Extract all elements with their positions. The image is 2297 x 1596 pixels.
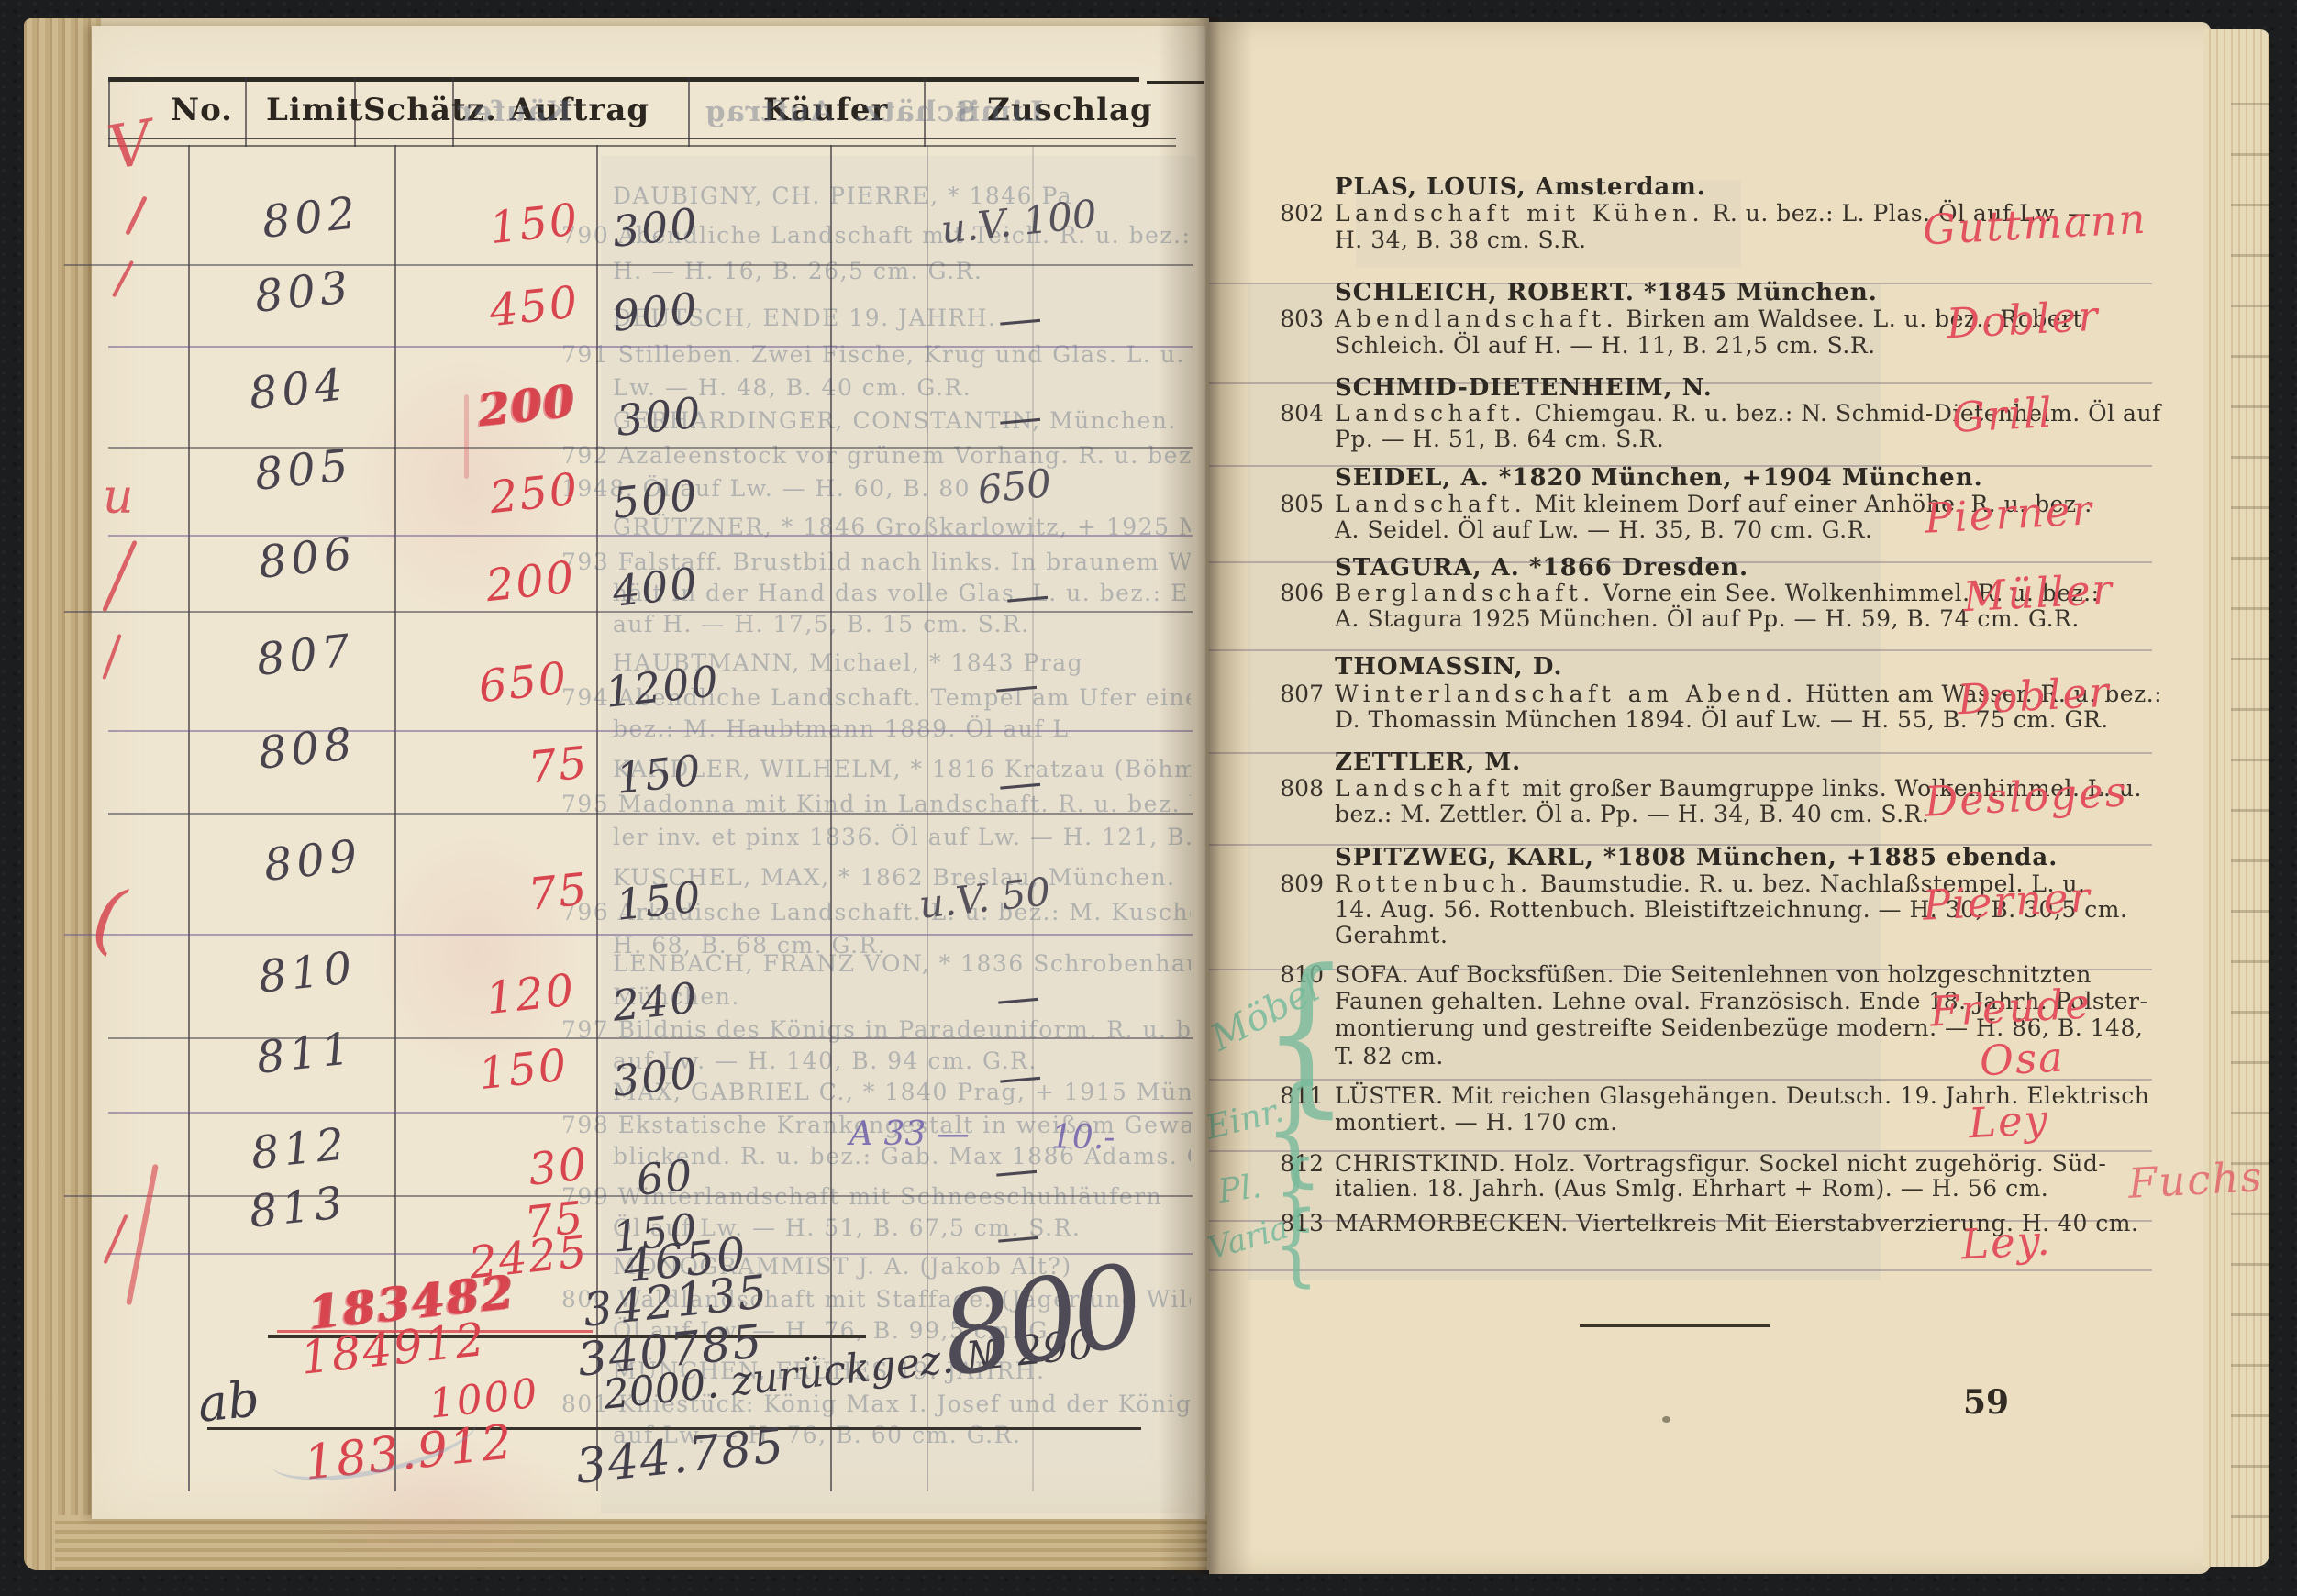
hammer-dash-804: — bbox=[996, 391, 1045, 446]
row-separator bbox=[108, 1112, 1193, 1114]
auction-catalog-scan: DAUBIGNY, CH. PIERRE, * 1846 Pa790 Abend… bbox=[0, 0, 2297, 1596]
entry-line-802: H. 34, B. 38 cm. S.R. bbox=[1335, 227, 1586, 253]
bleedthrough-line: LENBACH, FRANZ VON, * 1836 Schrobenhause… bbox=[613, 950, 1191, 977]
row-separator bbox=[108, 346, 1193, 348]
buyer-annotation-804: Grill bbox=[1951, 388, 2055, 442]
category-brace-813: { bbox=[1273, 1193, 1319, 1297]
lot-number-806: 806 bbox=[1271, 580, 1324, 606]
estimate-value-804: 300 bbox=[614, 387, 705, 446]
buyer-annotation-806: Müller bbox=[1962, 565, 2115, 622]
entry-title-807: Winterlandschaft am Abend. bbox=[1335, 681, 1798, 707]
buyer-annotation-810: Freude bbox=[1929, 979, 2092, 1036]
buyer-annotation-809: Pierner bbox=[1922, 872, 2092, 930]
table-top-rule bbox=[108, 77, 1139, 82]
entry-title-802: Landschaft mit Kühen. bbox=[1335, 200, 1704, 227]
header-bottom-rule2 bbox=[108, 145, 1176, 147]
hammer-dash-810: — bbox=[994, 970, 1043, 1025]
lot-number-809: 809 bbox=[1271, 870, 1324, 897]
bleedthrough-line: auf H. — H. 17,5, B. 15 cm. S.R. bbox=[613, 611, 1191, 637]
buyer-annotation-805: Pierner bbox=[1924, 485, 2094, 543]
hammer-dash-813: — bbox=[994, 1209, 1043, 1264]
artist-line-807: THOMASSIN, D. bbox=[1335, 653, 1563, 681]
lot-number-804: 804 bbox=[1271, 400, 1324, 427]
hammer-dash-807: — bbox=[993, 659, 1041, 714]
buyer-annotation-807: Dobler bbox=[1957, 668, 2112, 725]
estimate-value-813: 150 bbox=[610, 1203, 701, 1262]
row-separator bbox=[64, 264, 1193, 266]
entry-line-804: Pp. — H. 51, B. 64 cm. S.R. bbox=[1335, 426, 1664, 452]
lot-number-805: 805 bbox=[252, 439, 355, 501]
hammer-dash-808: — bbox=[996, 756, 1045, 811]
artist-line-803: SCHLEICH, ROBERT. *1845 München. bbox=[1335, 279, 1878, 306]
red-mark-u: u bbox=[103, 470, 134, 525]
entry-title-806: Berglandschaft. bbox=[1335, 580, 1595, 606]
hammer-dash-803: — bbox=[996, 292, 1045, 347]
deduct-label: ab bbox=[195, 1369, 262, 1434]
estimate-value-810: 240 bbox=[610, 972, 701, 1031]
lot-number-804: 804 bbox=[247, 359, 350, 420]
artist-line-805: SEIDEL, A. *1820 München, +1904 München. bbox=[1335, 464, 1983, 492]
entry-title-805: Landschaft. bbox=[1335, 491, 1526, 517]
artist-line-808: ZETTLER, M. bbox=[1335, 748, 1521, 776]
entry-line-812: CHRISTKIND. Holz. Vortragsfigur. Sockel … bbox=[1335, 1150, 2106, 1177]
bleedthrough-line: H. — H. 16, B. 26,5 cm. G.R. bbox=[613, 258, 1191, 284]
lot-number-802: 802 bbox=[1271, 200, 1324, 227]
entry-title-804: Landschaft. bbox=[1335, 400, 1526, 427]
lot-number-807: 807 bbox=[254, 625, 357, 686]
lot-number-812: 812 bbox=[249, 1118, 351, 1180]
entry-line-803: Schleich. Öl auf H. — H. 11, B. 21,5 cm.… bbox=[1335, 332, 1876, 359]
auftrag-note-812: A 33 — bbox=[849, 1115, 970, 1153]
lot-number-808: 808 bbox=[1271, 775, 1324, 802]
estimate-value-805: 500 bbox=[610, 470, 701, 528]
artist-line-809: SPITZWEG, KARL, *1808 München, +1885 ebe… bbox=[1335, 844, 2058, 871]
red-bleed-stroke bbox=[464, 394, 469, 479]
ghost-header-limit: Limit bbox=[954, 95, 1043, 128]
entry-separator bbox=[1209, 1269, 2152, 1271]
paper-speck bbox=[1662, 1416, 1670, 1423]
col-header-no: No. bbox=[171, 92, 233, 128]
entry-title-813: MARMORBECKEN. bbox=[1335, 1210, 1569, 1236]
estimate-value-811: 300 bbox=[610, 1047, 701, 1106]
entry-title-812: CHRISTKIND. bbox=[1335, 1150, 1505, 1177]
bleedthrough-line: DAUBIGNY, CH. PIERRE, * 1846 Pa bbox=[613, 183, 1191, 209]
lot-number-806: 806 bbox=[256, 527, 359, 589]
buyer-annotation-813: Ley. bbox=[1960, 1215, 2053, 1269]
row-separator bbox=[108, 813, 1193, 815]
grid-vline bbox=[688, 77, 690, 147]
row-separator bbox=[64, 934, 1193, 936]
auftrag-note2-812: 10.- bbox=[1051, 1119, 1115, 1157]
entry-separator bbox=[1209, 649, 2152, 651]
artist-line-806: STAGURA, A. *1866 Dresden. bbox=[1335, 554, 1748, 582]
hammer-dash-812: — bbox=[993, 1143, 1041, 1198]
entry-title-809: Rottenbuch. bbox=[1335, 870, 1533, 897]
left-page-stack-edges bbox=[24, 18, 101, 1570]
estimate-value-808: 150 bbox=[614, 745, 705, 804]
hammer-dash-811: — bbox=[996, 1049, 1045, 1104]
entry-line-810: SOFA. Auf Bocksfüßen. Die Seitenlehnen v… bbox=[1335, 961, 2092, 988]
lot-number-805: 805 bbox=[1271, 491, 1324, 517]
entry-title-803: Abendlandschaft. bbox=[1335, 305, 1618, 332]
lot-number-813: 813 bbox=[247, 1177, 350, 1238]
page-number: 59 bbox=[1963, 1383, 2009, 1422]
bleedthrough-line: bez.: M. Haubtmann 1889. Öl auf L bbox=[613, 715, 1191, 742]
entry-line-812: italien. 18. Jahrh. (Aus Smlg. Ehrhart +… bbox=[1335, 1175, 2048, 1202]
buyer-annotation-803: Dobler bbox=[1946, 292, 2101, 349]
lot-number-808: 808 bbox=[256, 718, 359, 780]
entry-title-808: Landschaft bbox=[1335, 775, 1515, 802]
entry-line-808: bez.: M. Zettler. Öl a. Pp. — H. 34, B. … bbox=[1335, 801, 1929, 827]
lot-number-811: 811 bbox=[254, 1023, 357, 1084]
lot-number-803: 803 bbox=[1271, 305, 1324, 332]
artist-line-802: PLAS, LOUIS, Amsterdam. bbox=[1335, 173, 1706, 201]
estimate-value-802: 300 bbox=[610, 198, 701, 257]
grid-vline bbox=[245, 77, 247, 147]
entry-line-809: Gerahmt. bbox=[1335, 922, 1448, 948]
ghost-header-auftrag: Auftrag bbox=[705, 95, 832, 128]
book-gutter-shadow bbox=[1158, 17, 1253, 1574]
buyer-annotation-812: Fuchs bbox=[2127, 1152, 2265, 1208]
entry-line-811: montiert. — H. 170 cm. bbox=[1335, 1109, 1618, 1136]
lot-number-809: 809 bbox=[261, 830, 364, 892]
hammer-value-805: 650 bbox=[975, 460, 1053, 513]
fore-edge-ticks bbox=[2231, 55, 2269, 1523]
hammer-dash-806: — bbox=[1004, 569, 1052, 624]
artist-line-804: SCHMID-DIETENHEIM, N. bbox=[1335, 374, 1713, 402]
buyer-annotation2-810: Osa bbox=[1979, 1033, 2066, 1086]
left-page-bottom-edges bbox=[55, 1515, 1207, 1570]
estimate-value-812: 60 bbox=[634, 1150, 696, 1205]
lot-number-803: 803 bbox=[252, 261, 355, 323]
buyer-annotation-811: Ley bbox=[1968, 1095, 2051, 1148]
estimate-value-806: 400 bbox=[610, 558, 701, 616]
estimate-value-809: 150 bbox=[614, 871, 705, 930]
col-header-limit: Limit bbox=[266, 92, 363, 128]
ghost-header-kaeufer: Käufer bbox=[457, 95, 571, 128]
lot-number-802: 802 bbox=[260, 187, 362, 249]
entry-title-811: LÜSTER. bbox=[1335, 1082, 1444, 1109]
entry-line-810: T. 82 cm. bbox=[1335, 1043, 1444, 1070]
header-bottom-rule bbox=[108, 138, 1176, 139]
lot-number-810: 810 bbox=[256, 942, 359, 1003]
bleedthrough-line: ler inv. et pinx 1836. Öl auf Lw. — H. 1… bbox=[613, 824, 1191, 850]
end-divider-rule bbox=[1580, 1324, 1770, 1327]
entry-line-805: A. Seidel. Öl auf Lw. — H. 35, B. 70 cm.… bbox=[1335, 516, 1872, 543]
bleedthrough-line: auf Lw. — H. 140, B. 94 cm. G.R. bbox=[613, 1047, 1191, 1074]
estimate-value-803: 900 bbox=[610, 283, 701, 341]
lot-number-807: 807 bbox=[1271, 681, 1324, 707]
